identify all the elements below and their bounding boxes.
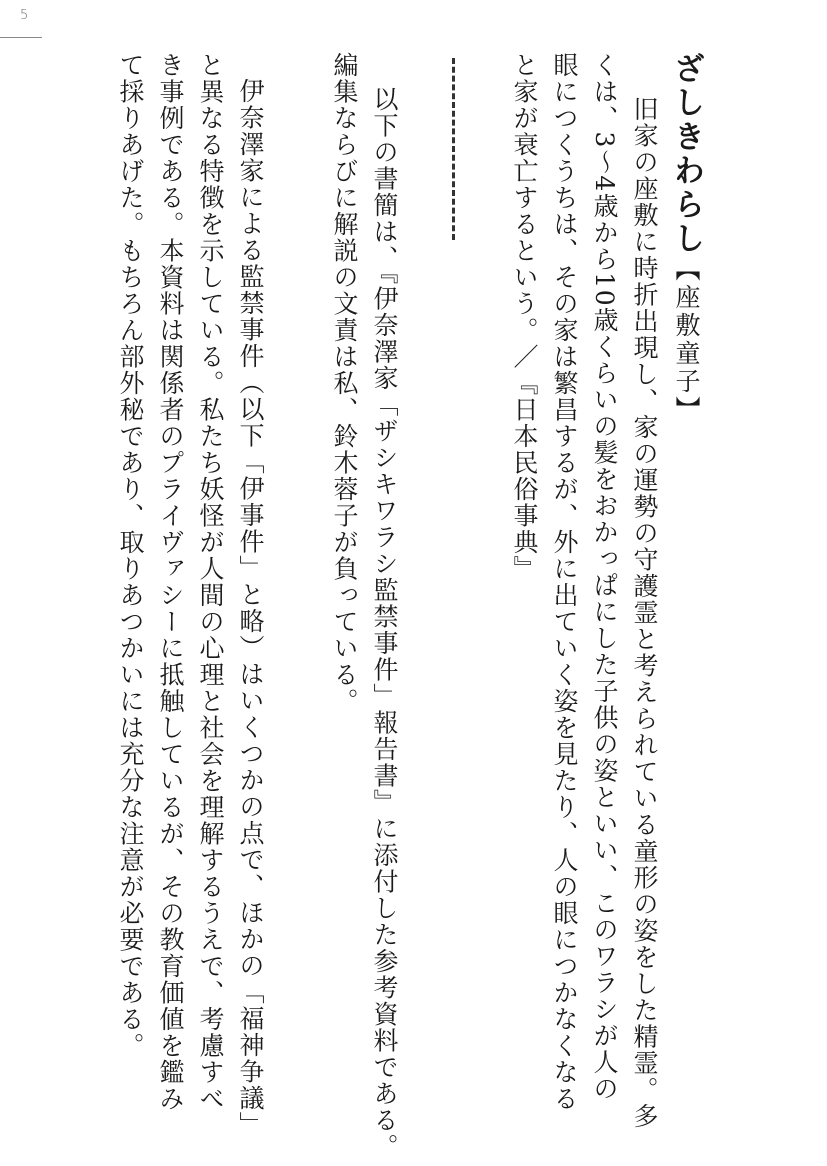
- entry-line-1: 旧家の座敷に時折出現し、家の運勢の守護霊と考えられている童形の姿をした精霊。多: [624, 96, 664, 1130]
- page-number-rule: [0, 37, 42, 38]
- page-number: 5: [20, 8, 28, 23]
- body-p2-line-3: き事例である。本資料は関係者のプライヴァシーに抵触しているが、その教育価値を鑑み: [150, 52, 190, 1112]
- entry-kanji: 【座敷童子】: [672, 256, 701, 424]
- body-p1-line-1: 以下の書簡は、『伊奈澤家「ザシキワラシ監禁事件」報告書』に添付した参考資料である…: [364, 86, 404, 1160]
- entry-heading: ざしきわらし【座敷童子】: [664, 52, 708, 424]
- body-p2-line-4: て採りあげた。もちろん部外秘であり、取りあつかいには充分な注意が必要である。: [110, 52, 150, 1059]
- body-p2-line-1: 伊奈澤家による監禁事件（以下「伊事件」と略）はいくつかの点で、ほかの「福神争議」: [230, 78, 270, 1138]
- entry-line-4: と家が衰亡するという。／『日本民俗事典』: [504, 52, 544, 582]
- entry-term: ざしきわらし: [668, 52, 704, 256]
- body-p2-line-2: と異なる特徴を示している。私たち妖怪が人間の心理と社会を理解するうえで、考慮すべ: [190, 52, 230, 1112]
- section-divider: [452, 58, 455, 240]
- body-p1-line-2: 編集ならびに解説の文責は私、鈴木蓉子が負っている。: [324, 52, 364, 715]
- entry-line-3: 眼につくうちは、その家は繁昌するが、外に出ていく姿を見たり、人の眼につかなくなる: [544, 52, 584, 1112]
- entry-line-2: くは、3～4歳から10歳くらいの髪をおかっぱにした子供の姿といい、このワラシが人…: [584, 52, 624, 1102]
